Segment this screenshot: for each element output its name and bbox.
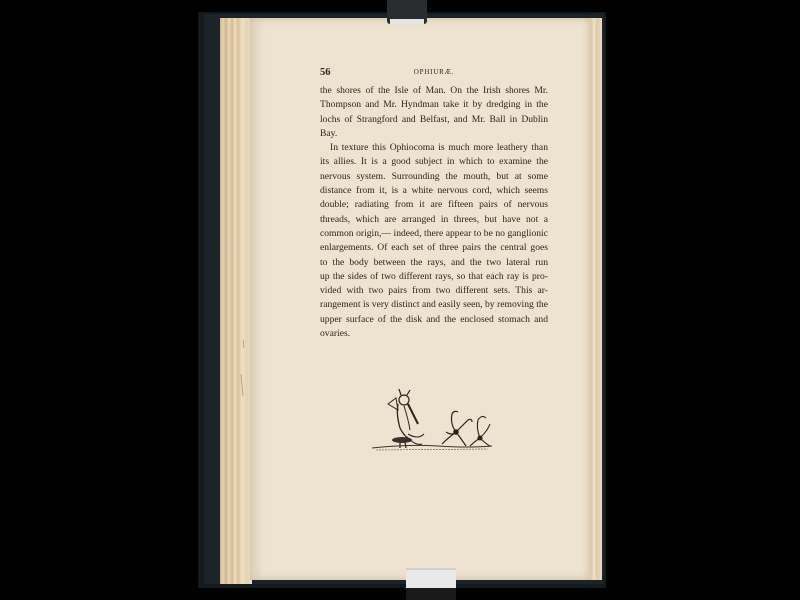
text-line: distance from it, is a white nervous cor… [320,184,548,198]
binder-clip-bottom-base [406,588,456,600]
pencil-mark [238,338,248,398]
text-line: the shores of the Isle of Man. On the Ir… [320,84,548,98]
text-line: threads, which are arranged in threes, b… [320,213,548,227]
text-line: Bay. [320,127,548,141]
text-line: to the body between the rays, and the tw… [320,256,548,270]
text-line: upper surface of the disk and the enclos… [320,313,548,327]
text-line: rangement is very distinct and easily se… [320,298,548,312]
text-line: its allies. It is a good subject in whic… [320,155,548,169]
text-line: enlargements. Of each set of three pairs… [320,241,548,255]
text-line: In texture this Ophiocoma is much more l… [320,141,548,155]
text-line: up the sides of two different rays, so t… [320,270,548,284]
page-edges-right [588,18,602,580]
text-line: common origin,— indeed, there appear to … [320,227,548,241]
text-line: nervous system. Surrounding the mouth, b… [320,170,548,184]
text-line: ovaries. [320,327,548,341]
vignette-illustration [368,384,496,456]
text-line: lochs of Strangford and Belfast, and Mr.… [320,113,548,127]
page-edges-left [220,18,252,584]
page-header: 56 OPHIURÆ. [320,67,548,81]
text-line: double; radiating from it are fifteen pa… [320,198,548,212]
body-text: the shores of the Isle of Man. On the Ir… [320,84,548,341]
text-line: vided with two pairs from two different … [320,284,548,298]
text-line: Thompson and Mr. Hyndman take it by dred… [320,98,548,112]
running-head: OPHIURÆ. [320,68,548,76]
binder-clip-top-strip [390,19,424,24]
